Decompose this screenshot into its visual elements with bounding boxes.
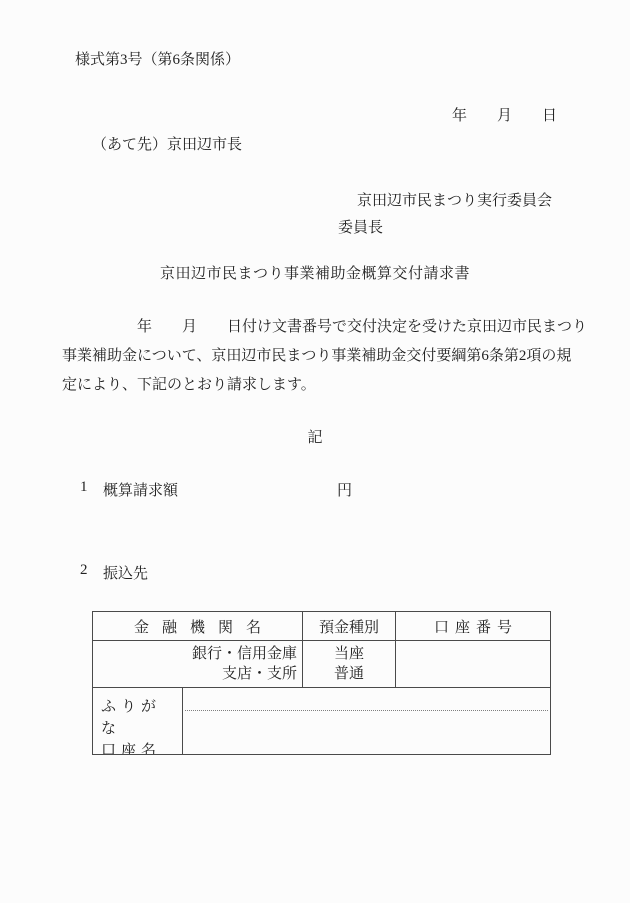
header-deposit-type: 預金種別 [303, 612, 396, 640]
document-page: 様式第3号（第6条関係） 年 月 日 （あて先）京田辺市長 京田辺市民まつり実行… [0, 0, 630, 903]
furigana-value [189, 690, 544, 708]
body-paragraph: 年 月 日付け文書番号で交付決定を受けた京田辺市民まつり 事業補助金について、京… [62, 313, 587, 400]
institution-suffix-line1: 銀行・信用金庫 [93, 644, 297, 664]
account-number-cell [396, 641, 550, 687]
addressee: （あて先）京田辺市長 [92, 133, 242, 154]
form-number: 様式第3号（第6条関係） [75, 48, 240, 69]
header-account-number: 口座番号 [396, 612, 550, 640]
sender-organization: 京田辺市民まつり実行委員会 [357, 189, 552, 210]
table-institution-row: 銀行・信用金庫 支店・支所 当座 普通 [93, 641, 550, 688]
sender-role: 委員長 [338, 216, 383, 237]
dotted-separator [185, 710, 548, 711]
deposit-type-cell: 当座 普通 [303, 641, 396, 687]
furigana-label: ふりがな [101, 696, 175, 740]
institution-suffix-line2: 支店・支所 [93, 664, 297, 684]
deposit-type-ordinary: 普通 [303, 664, 395, 684]
item-2-number: 2 [80, 562, 88, 579]
institution-name-cell: 銀行・信用金庫 支店・支所 [93, 641, 303, 687]
item-1-number: 1 [80, 479, 88, 496]
account-name-label: 口座名義 [101, 740, 175, 754]
account-name-value [189, 714, 544, 750]
bank-transfer-table: 金融機関名 預金種別 口座番号 銀行・信用金庫 支店・支所 当座 普通 ふりがな… [92, 611, 551, 755]
item-1-unit-yen: 円 [337, 479, 352, 500]
deposit-type-current: 当座 [303, 644, 395, 664]
item-1-label: 概算請求額 [103, 479, 178, 500]
body-line-2: 事業補助金について、京田辺市民まつり事業補助金交付要綱第6条第2項の規 [62, 342, 587, 371]
body-line-1: 年 月 日付け文書番号で交付決定を受けた京田辺市民まつり [62, 313, 587, 342]
document-title: 京田辺市民まつり事業補助金概算交付請求書 [0, 262, 630, 283]
item-2-label: 振込先 [103, 562, 148, 583]
table-header-row: 金融機関名 預金種別 口座番号 [93, 612, 550, 641]
record-marker: 記 [0, 426, 630, 447]
date-placeholder: 年 月 日 [452, 104, 557, 125]
header-institution-name: 金融機関名 [93, 612, 303, 640]
table-account-name-row: ふりがな 口座名義 [93, 688, 550, 754]
account-name-value-cell [183, 688, 550, 754]
body-line-3: 定により、下記のとおり請求します。 [62, 371, 587, 400]
account-name-label-cell: ふりがな 口座名義 [93, 688, 183, 754]
